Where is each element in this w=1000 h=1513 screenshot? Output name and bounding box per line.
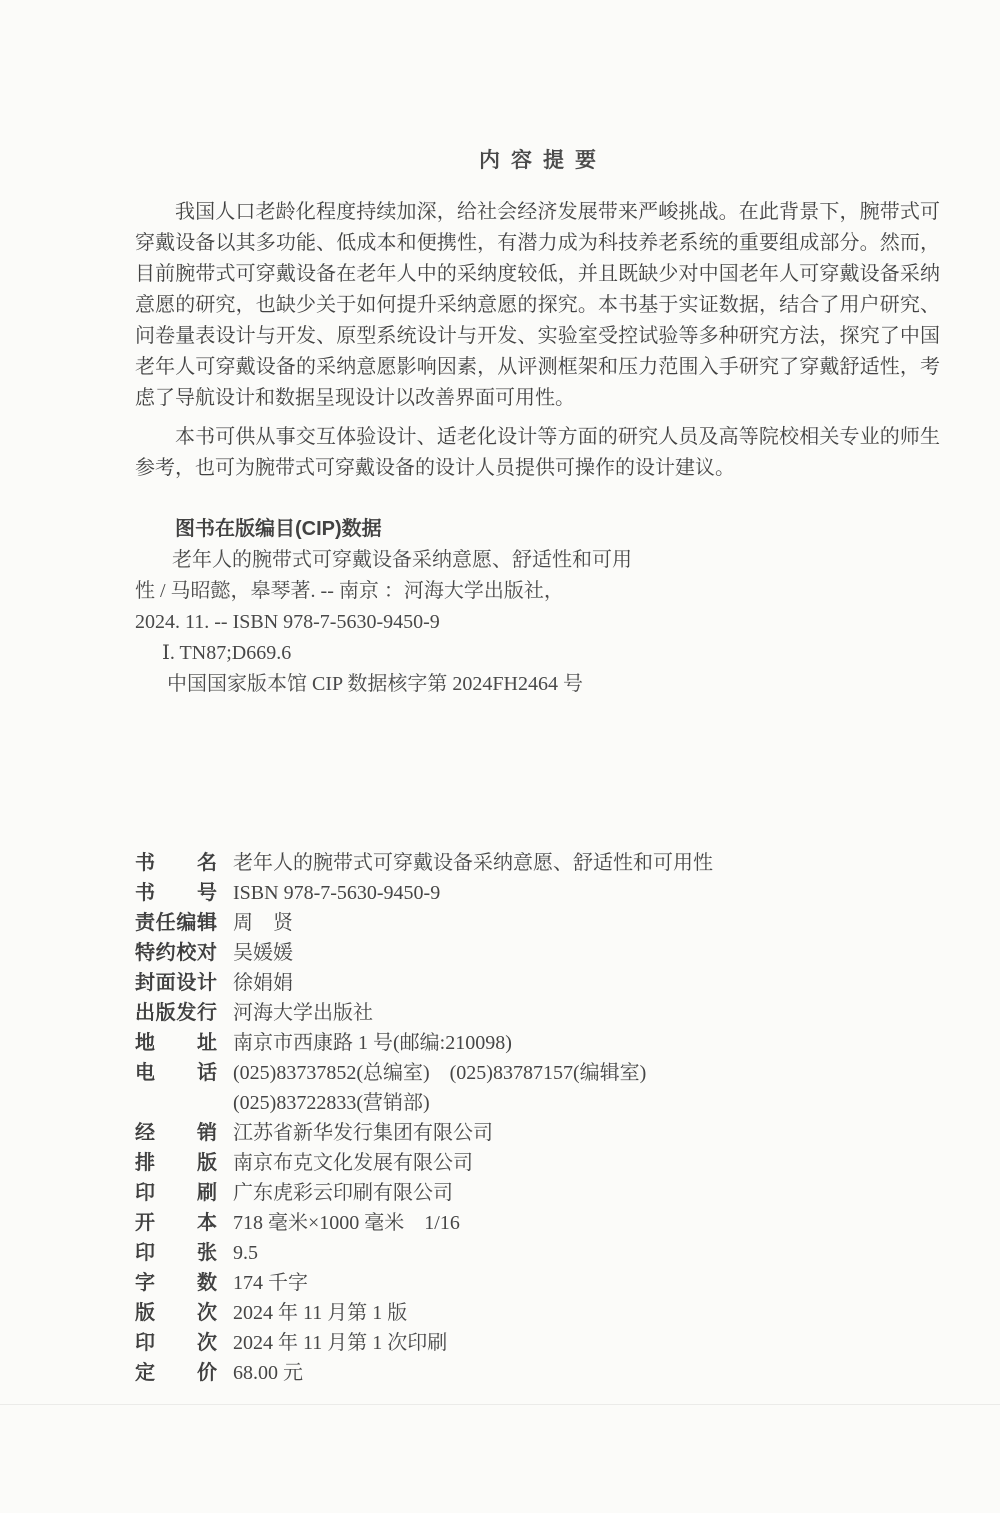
colophon-value-printing: 广东虎彩云印刷有限公司 <box>233 1178 453 1208</box>
colophon-value-edition: 2024 年 11 月第 1 版 <box>233 1298 407 1328</box>
colophon-row-distribution: 经销 江苏省新华发行集团有限公司 <box>135 1118 940 1148</box>
colophon-label-word-count: 字数 <box>135 1268 217 1298</box>
cip-block: 图书在版编目(CIP)数据 老年人的腕带式可穿戴设备采纳意愿、舒适性和可用 性 … <box>135 514 940 700</box>
colophon-list: 书名 老年人的腕带式可穿戴设备采纳意愿、舒适性和可用性 书号 ISBN 978-… <box>135 848 940 1388</box>
colophon-value-isbn: ISBN 978-7-5630-9450-9 <box>233 878 440 908</box>
colophon-value-publisher: 河海大学出版社 <box>233 998 373 1028</box>
summary-paragraph-2: 本书可供从事交互体验设计、适老化设计等方面的研究人员及高等院校相关专业的师生参考… <box>135 422 940 484</box>
colophon-row-editor: 责任编辑 周 贤 <box>135 908 940 938</box>
colophon-row-phone: 电话 (025)83737852(总编室) (025)83787157(编辑室)… <box>135 1058 940 1118</box>
colophon-value-proofreader: 吴媛媛 <box>233 938 293 968</box>
colophon-label-edition: 版次 <box>135 1298 217 1328</box>
colophon-label-sheets: 印张 <box>135 1238 217 1268</box>
colophon-value-typesetting: 南京布克文化发展有限公司 <box>233 1148 473 1178</box>
colophon-value-cover-design: 徐娟娟 <box>233 968 293 998</box>
colophon-row-word-count: 字数 174 千字 <box>135 1268 940 1298</box>
colophon-value-format: 718 毫米×1000 毫米 1/16 <box>233 1208 460 1238</box>
colophon-label-isbn: 书号 <box>135 878 217 908</box>
colophon-label-impression: 印次 <box>135 1328 217 1358</box>
colophon-row-isbn: 书号 ISBN 978-7-5630-9450-9 <box>135 878 940 908</box>
colophon-label-cover-design: 封面设计 <box>135 968 217 998</box>
colophon-value-editor: 周 贤 <box>233 908 293 938</box>
cip-line-isbn: 2024. 11. -- ISBN 978-7-5630-9450-9 <box>135 607 940 638</box>
colophon-row-impression: 印次 2024 年 11 月第 1 次印刷 <box>135 1328 940 1358</box>
colophon-row-sheets: 印张 9.5 <box>135 1238 940 1268</box>
colophon-value-address: 南京市西康路 1 号(邮编:210098) <box>233 1028 512 1058</box>
colophon-value-price: 68.00 元 <box>233 1358 303 1388</box>
colophon-label-distribution: 经销 <box>135 1118 217 1148</box>
summary-text: 我国人口老龄化程度持续加深，给社会经济发展带来严峻挑战。在此背景下，腕带式可穿戴… <box>135 197 940 484</box>
cip-line-classification: Ⅰ. TN87;D669.6 <box>135 638 940 669</box>
cip-line-registry-number: 中国国家版本馆 CIP 数据核字第 2024FH2464 号 <box>135 669 940 700</box>
colophon-row-edition: 版次 2024 年 11 月第 1 版 <box>135 1298 940 1328</box>
colophon-row-proofreader: 特约校对 吴媛媛 <box>135 938 940 968</box>
colophon-value-distribution: 江苏省新华发行集团有限公司 <box>233 1118 493 1148</box>
colophon-label-price: 定价 <box>135 1358 217 1388</box>
colophon-row-typesetting: 排版 南京布克文化发展有限公司 <box>135 1148 940 1178</box>
colophon-row-title: 书名 老年人的腕带式可穿戴设备采纳意愿、舒适性和可用性 <box>135 848 940 878</box>
scan-artifact-line <box>0 1404 1000 1405</box>
colophon-row-publisher: 出版发行 河海大学出版社 <box>135 998 940 1028</box>
colophon-row-printing: 印刷 广东虎彩云印刷有限公司 <box>135 1178 940 1208</box>
colophon-value-phone: (025)83737852(总编室) (025)83787157(编辑室) (0… <box>233 1058 646 1118</box>
colophon-label-proofreader: 特约校对 <box>135 938 217 968</box>
colophon-value-impression: 2024 年 11 月第 1 次印刷 <box>233 1328 447 1358</box>
page-content: 内容提要 我国人口老龄化程度持续加深，给社会经济发展带来严峻挑战。在此背景下，腕… <box>0 0 1000 1388</box>
colophon-row-price: 定价 68.00 元 <box>135 1358 940 1388</box>
colophon-value-word-count: 174 千字 <box>233 1268 308 1298</box>
colophon-row-format: 开本 718 毫米×1000 毫米 1/16 <box>135 1208 940 1238</box>
colophon-label-typesetting: 排版 <box>135 1148 217 1178</box>
colophon-label-format: 开本 <box>135 1208 217 1238</box>
colophon-row-cover-design: 封面设计 徐娟娟 <box>135 968 940 998</box>
colophon-label-phone: 电话 <box>135 1058 217 1088</box>
colophon-row-address: 地址 南京市西康路 1 号(邮编:210098) <box>135 1028 940 1058</box>
colophon-value-title: 老年人的腕带式可穿戴设备采纳意愿、舒适性和可用性 <box>233 848 713 878</box>
colophon-label-title: 书名 <box>135 848 217 878</box>
colophon-label-editor: 责任编辑 <box>135 908 217 938</box>
colophon-value-sheets: 9.5 <box>233 1238 258 1268</box>
cip-line-authors: 性 / 马昭懿，皋琴著. -- 南京 ：河海大学出版社， <box>135 576 940 607</box>
cip-title: 图书在版编目(CIP)数据 <box>135 514 940 545</box>
summary-title: 内容提要 <box>135 148 940 174</box>
colophon-label-address: 地址 <box>135 1028 217 1058</box>
colophon-label-printing: 印刷 <box>135 1178 217 1208</box>
colophon-label-publisher: 出版发行 <box>135 998 217 1028</box>
book-copyright-page: { "summary": { "title": "内容提要", "paragra… <box>0 0 1000 1513</box>
cip-line-title: 老年人的腕带式可穿戴设备采纳意愿、舒适性和可用 <box>135 545 940 576</box>
summary-paragraph-1: 我国人口老龄化程度持续加深，给社会经济发展带来严峻挑战。在此背景下，腕带式可穿戴… <box>135 197 940 414</box>
